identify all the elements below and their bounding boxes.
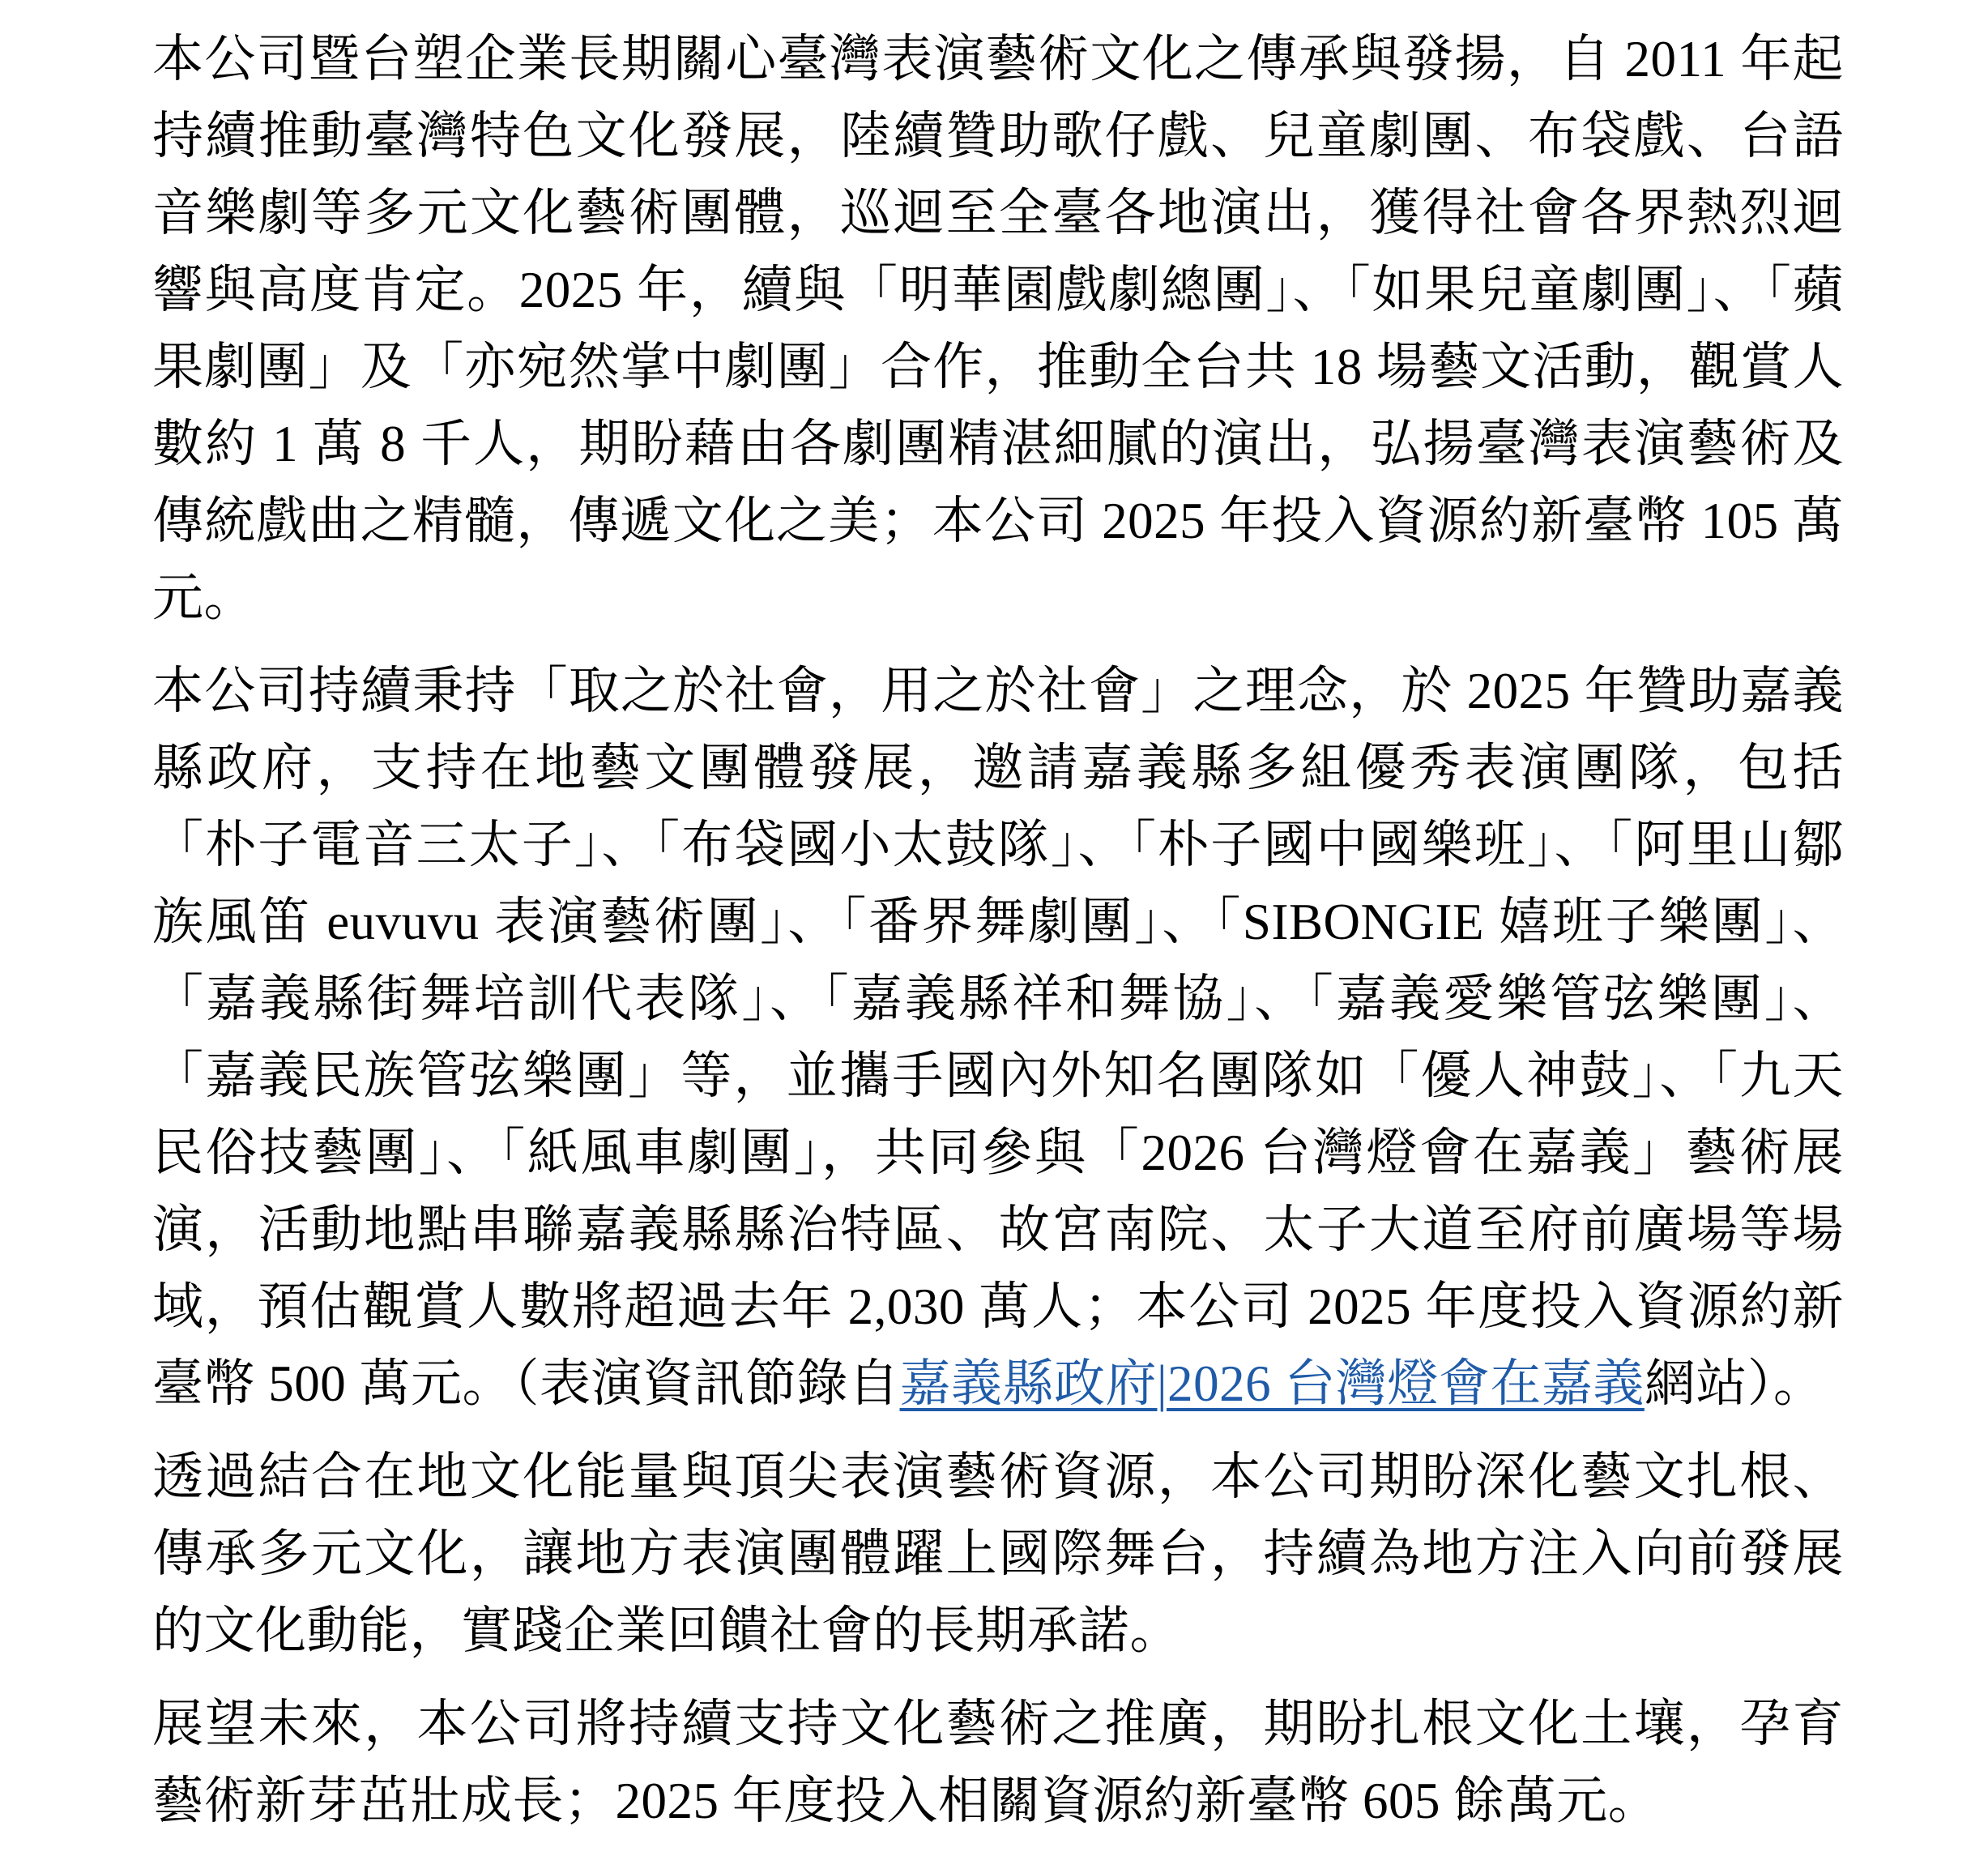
paragraph-chiayi-lantern-festival: 本公司持續秉持「取之於社會，用之於社會」之理念，於 2025 年贊助嘉義縣政府，… — [152, 653, 1844, 1423]
chiayi-lantern-festival-link[interactable]: 嘉義縣政府|2026 台灣燈會在嘉義 — [900, 1355, 1645, 1412]
paragraph-culture-commitment: 透過結合在地文化能量與頂尖表演藝術資源，本公司期盼深化藝文扎根、傳承多元文化，讓… — [152, 1439, 1844, 1670]
paragraph-text-before-link: 本公司持續秉持「取之於社會，用之於社會」之理念，於 2025 年贊助嘉義縣政府，… — [152, 663, 1844, 1412]
document-page: 本公司暨台塑企業長期關心臺灣表演藝術文化之傳承與發揚，自 2011 年起持續推動… — [152, 21, 1844, 1818]
paragraph-text-after-link: 網站）。 — [1645, 1355, 1825, 1412]
paragraph-theater-sponsorship: 本公司暨台塑企業長期關心臺灣表演藝術文化之傳承與發揚，自 2011 年起持續推動… — [152, 21, 1844, 637]
paragraph-future-outlook: 展望未來，本公司將持續支持文化藝術之推廣，期盼扎根文化土壤，孕育藝術新芽茁壯成長… — [152, 1686, 1844, 1818]
